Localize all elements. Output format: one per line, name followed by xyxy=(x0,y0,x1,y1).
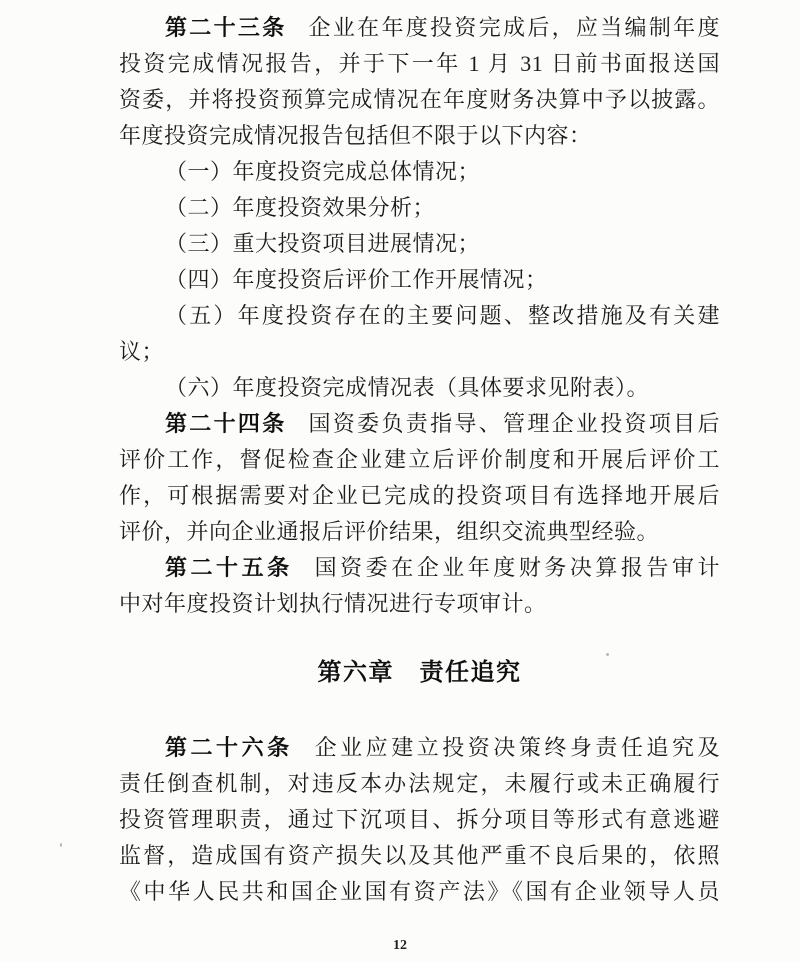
chapter-heading: 第六章 责任追究 xyxy=(119,655,720,691)
body-line: 资委，并将投资预算完成情况在年度财务决算中予以披露。 xyxy=(119,82,720,118)
list-item-line: （六）年度投资完成情况表（具体要求见附表）。 xyxy=(119,370,720,406)
body-line: 评价工作，督促检查企业建立后评价制度和开展后评价工 xyxy=(119,442,720,478)
article-text: 国资委在企业年度财务决算报告审计 xyxy=(315,555,720,580)
document-body: 第二十三条企业在年度投资完成后，应当编制年度投资完成情况报告，并于下一年 1 月… xyxy=(119,10,720,910)
scan-speck xyxy=(60,843,62,847)
article-line: 第二十五条国资委在企业年度财务决算报告审计 xyxy=(119,550,720,586)
article-number: 第二十四条 xyxy=(165,411,287,436)
article-number: 第二十六条 xyxy=(165,735,293,760)
list-item-line: （三）重大投资项目进展情况； xyxy=(119,226,720,262)
article-text: 企业在年度投资完成后，应当编制年度 xyxy=(309,15,720,40)
body-line: 议； xyxy=(119,334,720,370)
article-line: 第二十六条企业应建立投资决策终身责任追究及 xyxy=(119,730,720,766)
document-page: 第二十三条企业在年度投资完成后，应当编制年度投资完成情况报告，并于下一年 1 月… xyxy=(0,0,800,962)
article-number: 第二十五条 xyxy=(165,555,293,580)
body-line: 投资管理职责，通过下沉项目、拆分项目等形式有意逃避 xyxy=(119,802,720,838)
list-item-line: （五）年度投资存在的主要问题、整改措施及有关建 xyxy=(119,298,720,334)
body-line: 投资完成情况报告，并于下一年 1 月 31 日前书面报送国 xyxy=(119,46,720,82)
article-line: 第二十三条企业在年度投资完成后，应当编制年度 xyxy=(119,10,720,46)
list-item-line: （四）年度投资后评价工作开展情况； xyxy=(119,262,720,298)
body-line: 责任倒查机制，对违反本办法规定，未履行或未正确履行 xyxy=(119,766,720,802)
body-line: 评价，并向企业通报后评价结果，组织交流典型经验。 xyxy=(119,514,720,550)
scan-speck xyxy=(606,653,609,656)
body-line: 中对年度投资计划执行情况进行专项审计。 xyxy=(119,586,720,622)
body-line: 作，可根据需要对企业已完成的投资项目有选择地开展后 xyxy=(119,478,720,514)
body-line: 监督，造成国有资产损失以及其他严重不良后果的，依照 xyxy=(119,838,720,874)
article-line: 第二十四条国资委负责指导、管理企业投资项目后 xyxy=(119,406,720,442)
article-text: 国资委负责指导、管理企业投资项目后 xyxy=(309,411,720,436)
article-text: 企业应建立投资决策终身责任追究及 xyxy=(315,735,720,760)
list-item-line: （二）年度投资效果分析； xyxy=(119,190,720,226)
list-item-line: （一）年度投资完成总体情况； xyxy=(119,154,720,190)
page-number: 12 xyxy=(0,938,800,954)
body-line: 《中华人民共和国企业国有资产法》《国有企业领导人员 xyxy=(119,874,720,910)
article-number: 第二十三条 xyxy=(165,15,287,40)
body-line: 年度投资完成情况报告包括但不限于以下内容： xyxy=(119,118,720,154)
